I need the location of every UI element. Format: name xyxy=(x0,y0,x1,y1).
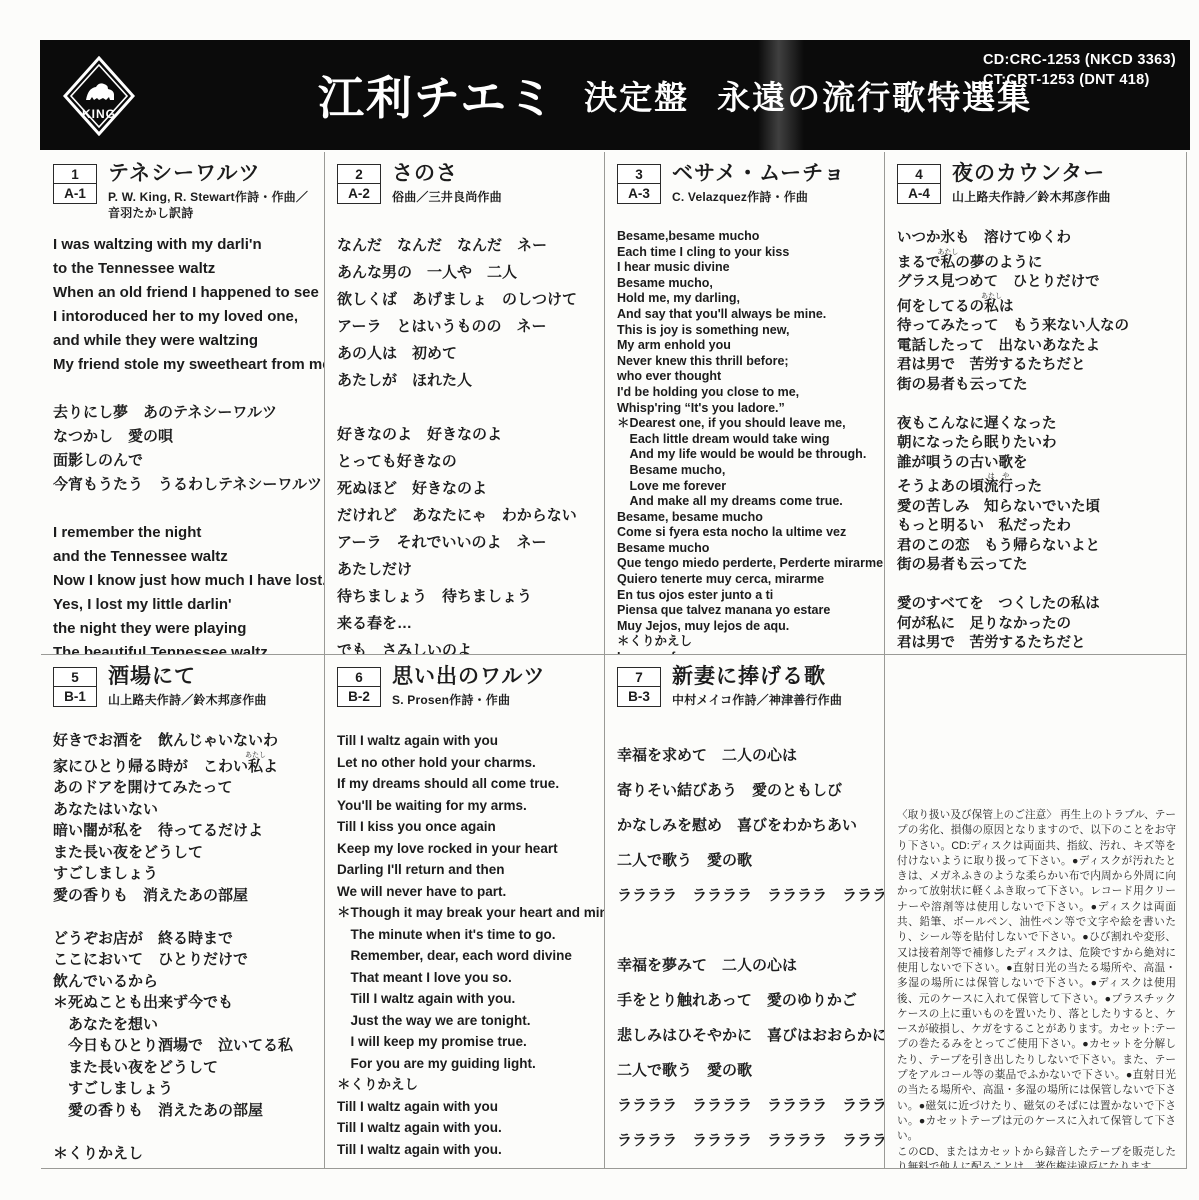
lyric-line xyxy=(53,906,318,928)
track-header: 2 A-2 さのさ 俗曲／三井良尚作曲 xyxy=(337,162,598,205)
lyric-line: ＊Dearest one, if you should leave me, xyxy=(617,416,878,432)
lyric-line: 何をしてるの私あたしは xyxy=(897,293,1180,318)
track-index-boxes: 1 A-1 xyxy=(53,164,97,204)
lyric-line: ここにおいて ひとりだけで xyxy=(53,949,318,971)
track-side-badge: A-2 xyxy=(337,183,381,204)
lyric-line: 欲しくば あげましょ のしつけて xyxy=(337,286,598,313)
lyric-line xyxy=(53,497,318,521)
lyric-line: あなたを想い xyxy=(53,1014,318,1036)
track-index-boxes: 6 B-2 xyxy=(337,667,381,707)
lyric-line: 君は男で 苦労するたちだと xyxy=(897,634,1180,654)
lyric-line: 飲んでいるから xyxy=(53,971,318,993)
lyric-line: Quiero tenerte muy cerca, mirarme xyxy=(617,572,878,588)
lyric-line: Let no other hold your charms. xyxy=(337,752,598,774)
track-lyrics: なんだ なんだ なんだ ネーあんな男の 一人や 二人欲しくば あげましょ のしつ… xyxy=(337,232,598,655)
track-lyrics: Besame,besame muchoEach time I cling to … xyxy=(617,229,878,655)
track-side-badge: A-4 xyxy=(897,183,941,204)
track-cell-6: 6 B-2 思い出のワルツ S. Prosen作詩・作曲 Till I walt… xyxy=(325,655,605,1169)
lyric-line: 今宵もうたう うるわしテネシーワルツ xyxy=(53,473,318,497)
track-credit: 中村メイコ作詩／神津善行作曲 xyxy=(672,692,842,708)
track-credit: P. W. King, R. Stewart作詩・作曲／音羽たかし訳詩 xyxy=(108,189,318,221)
lyric-line: Just the way we are tonight. xyxy=(337,1010,598,1032)
album-title: 江利チエミ 決定盤 永遠の流行歌特選集 xyxy=(318,40,1032,150)
lyric-line: でも さみしいのよ xyxy=(337,637,598,655)
lyric-line: and the Tennessee waltz xyxy=(53,545,318,569)
lyric-line: Hold me, my darling, xyxy=(617,291,878,307)
lyric-line: En tus ojos ester junto a ti xyxy=(617,588,878,604)
lyric-line: 来る春を… xyxy=(337,610,598,637)
lyric-line: Now I know just how much I have lost. xyxy=(53,569,318,593)
track-title: テネシーワルツ xyxy=(108,162,318,186)
lyric-line: 死ぬほど 好きなのよ xyxy=(337,475,598,502)
lyric-line: Que tengo miedo perderte, Perderte mirar… xyxy=(617,556,878,572)
lyric-line xyxy=(897,395,1180,415)
track-header: 7 B-3 新妻に捧げる歌 中村メイコ作詩／神津善行作曲 xyxy=(617,665,878,708)
lyric-line: Love me forever xyxy=(617,479,878,495)
lyric-line: My arm enhold you xyxy=(617,338,878,354)
lyric-line: グラス見つめて ひとりだけで xyxy=(897,273,1180,293)
lyric-line: 愛の香りも 消えたあの部屋 xyxy=(53,885,318,907)
lyric-line: The minute when it's time to go. xyxy=(337,924,598,946)
track-cell-3: 3 A-3 ベサメ・ムーチョ C. Velazquez作詩・作曲 Besame,… xyxy=(605,152,885,655)
lyric-line: もっと明るい 私だったわ xyxy=(897,517,1180,537)
lyric-line: とっても好きなの xyxy=(337,448,598,475)
track-credit: 山上路夫作詩／鈴木邦彦作曲 xyxy=(952,189,1111,205)
track-title: 新妻に捧げる歌 xyxy=(672,665,842,689)
track-side-badge: A-3 xyxy=(617,183,661,204)
lyric-line: すごしましょう xyxy=(53,1078,318,1100)
lyric-line: I intoroduced her to my loved one, xyxy=(53,305,318,329)
track-header: 6 B-2 思い出のワルツ S. Prosen作詩・作曲 xyxy=(337,665,598,708)
artist-name: 江利チエミ xyxy=(318,62,556,128)
lyric-line: アーラ とはいうものの ネー xyxy=(337,313,598,340)
lyric-line: すごしましょう xyxy=(53,863,318,885)
lyric-line: 好きでお酒を 飲んじゃいないわ xyxy=(53,730,318,752)
lyric-line: Till I waltz again with you xyxy=(337,1096,598,1118)
lyric-line: 今日もひとり酒場で 泣いてる私 xyxy=(53,1035,318,1057)
lyric-line: 何が私に 足りなかったの xyxy=(897,615,1180,635)
track-title: 思い出のワルツ xyxy=(392,665,545,689)
track-number-badge: 1 xyxy=(53,164,97,185)
lyric-line: This is joy is something new, xyxy=(617,323,878,339)
track-credit: 山上路夫作詩／鈴木邦彦作曲 xyxy=(108,692,267,708)
track-number-badge: 7 xyxy=(617,667,661,688)
track-lyrics: いつか氷も 溶けてゆくわまるで私あたしの夢のようにグラス見つめて ひとりだけで何… xyxy=(897,229,1180,655)
lyric-line: The beautiful Tennessee waltz. xyxy=(53,641,318,655)
lyric-line: 家にひとり帰る時が こわい私あたしよ xyxy=(53,752,318,778)
catalog-ct-number: CT:CRT-1253 (DNT 418) xyxy=(983,70,1176,90)
track-cell-2: 2 A-2 さのさ 俗曲／三井良尚作曲 なんだ なんだ なんだ ネーあんな男の … xyxy=(325,152,605,655)
lyric-line: Remember, dear, each word divine xyxy=(337,945,598,967)
track-index-boxes: 7 B-3 xyxy=(617,667,661,707)
lyric-line: ＊くりかえし xyxy=(617,634,878,650)
catalog-cd-number: CD:CRC-1253 (NKCD 3363) xyxy=(983,50,1176,70)
lyric-line: 街の易者も云ってた xyxy=(897,556,1180,576)
lyric-line: いつか氷も 溶けてゆくわ xyxy=(897,229,1180,249)
lyric-line: 幸福を求めて 二人の心は xyxy=(617,738,878,773)
lyric-line: That meant I love you so. xyxy=(337,967,598,989)
lyric-line: なんだ なんだ なんだ ネー xyxy=(337,232,598,259)
lyric-line xyxy=(337,394,598,421)
lyric-line: 好きなのよ 好きなのよ xyxy=(337,421,598,448)
lyric-line: Each little dream would take wing xyxy=(617,432,878,448)
lyric-line: 君のこの恋 もう帰らないよと xyxy=(897,537,1180,557)
liner-notes-scan: KING 江利チエミ 決定盤 永遠の流行歌特選集 CD:CRC-1253 (NK… xyxy=(0,0,1199,1200)
track-credit: C. Velazquez作詩・作曲 xyxy=(672,189,845,205)
track-header: 3 A-3 ベサメ・ムーチョ C. Velazquez作詩・作曲 xyxy=(617,162,878,205)
lyric-line: I hear music divine xyxy=(617,260,878,276)
lyric-line: あのドアを開けてみたって xyxy=(53,777,318,799)
lyric-line: Till I waltz again with you. xyxy=(337,1117,598,1139)
lyric-line: そうよあの頃流行はやった xyxy=(897,473,1180,498)
track-header: 4 A-4 夜のカウンター 山上路夫作詩／鈴木邦彦作曲 xyxy=(897,162,1180,205)
lyric-line: And say that you'll always be mine. xyxy=(617,307,878,323)
king-records-logo-icon: KING xyxy=(62,56,136,141)
lyric-line: Till I waltz again with you. xyxy=(337,1139,598,1161)
lyric-line: Keep my love rocked in your heart xyxy=(337,838,598,860)
lyric-line: どうぞお店が 終る時まで xyxy=(53,928,318,950)
lyric-line: 去りにし夢 あのテネシーワルツ xyxy=(53,401,318,425)
lyric-line: 誰が唄うの古い歌を xyxy=(897,454,1180,474)
lyric-line: I was waltzing with my darli'n xyxy=(53,233,318,257)
lyric-line: Besame mucho xyxy=(617,541,878,557)
lyric-line xyxy=(53,1121,318,1143)
track-title: 酒場にて xyxy=(108,665,267,689)
lyric-line: あなたはいない xyxy=(53,799,318,821)
track-side-badge: B-1 xyxy=(53,686,97,707)
lyric-line: Each time I cling to your kiss xyxy=(617,245,878,261)
lyric-line: 暗い闇が私を 待ってるだけよ xyxy=(53,820,318,842)
lyric-line: かなしみを慰め 喜びをわかちあい xyxy=(617,808,878,843)
track-cell-7: 7 B-3 新妻に捧げる歌 中村メイコ作詩／神津善行作曲 幸福を求めて 二人の心… xyxy=(605,655,885,1169)
lyric-line: Besame mucho, xyxy=(617,463,878,479)
lyric-line: Piensa que talvez manana yo estare xyxy=(617,603,878,619)
album-edition-label: 決定盤 xyxy=(584,72,689,119)
lyric-line: あの人は 初めて xyxy=(337,340,598,367)
lyric-line: Till I kiss you once again xyxy=(337,816,598,838)
lyric-line: And make all my dreams come true. xyxy=(617,494,878,510)
track-lyrics: 好きでお酒を 飲んじゃいないわ家にひとり帰る時が こわい私あたしよあのドアを開け… xyxy=(53,730,318,1164)
lyric-line: We will never have to part. xyxy=(337,881,598,903)
lyric-line: I will keep my promise true. xyxy=(337,1031,598,1053)
track-title: 夜のカウンター xyxy=(952,162,1111,186)
lyric-line: 二人で歌う 愛の歌 xyxy=(617,843,878,878)
lyric-line: ララララ ララララ ララララ ララララ xyxy=(617,1123,878,1158)
track-side-badge: B-2 xyxy=(337,686,381,707)
track-title: さのさ xyxy=(392,162,502,186)
lyric-line: Yes, I lost my little darlin' xyxy=(53,593,318,617)
lyric-line: I'd be holding you close to me, xyxy=(617,385,878,401)
lyric-line: あたしが ほれた人 xyxy=(337,367,598,394)
lyric-line: And my life would be would be through. xyxy=(617,447,878,463)
track-number-badge: 4 xyxy=(897,164,941,185)
lyric-line: Besame mucho, xyxy=(617,276,878,292)
lyric-line: また長い夜をどうして xyxy=(53,1057,318,1079)
lyric-line: ＊くりかえし xyxy=(53,1143,318,1165)
lyric-line: ララララ ララララ ララララ ララララ xyxy=(617,1088,878,1123)
lyric-line: Darling I'll return and then xyxy=(337,859,598,881)
lyric-line: Besame, besame mucho xyxy=(617,510,878,526)
track-number-badge: 2 xyxy=(337,164,381,185)
track-header: 1 A-1 テネシーワルツ P. W. King, R. Stewart作詩・作… xyxy=(53,162,318,221)
track-index-boxes: 3 A-3 xyxy=(617,164,661,204)
lyric-line: ＊Though it may break your heart and mine xyxy=(337,902,598,924)
lyric-line: ＊死ぬことも出来ず今でも xyxy=(53,992,318,1014)
lyric-line: Till I waltz again with you. xyxy=(337,988,598,1010)
lyric-line: 幸福を夢みて 二人の心は xyxy=(617,948,878,983)
track-index-boxes: 5 B-1 xyxy=(53,667,97,707)
lyric-line: Whisp'ring “It's you ladore.” xyxy=(617,401,878,417)
copyright-warning: このCD、またはカセットから録音したテープを販売したり無料で他人に配ることは、著… xyxy=(897,1145,1176,1169)
lyric-line: なつかし 愛の唄 xyxy=(53,425,318,449)
lyric-line: 愛の苦しみ 知らないでいた頃 xyxy=(897,498,1180,518)
lyric-line: 待ってみたって もう来ない人なの xyxy=(897,317,1180,337)
lyric-line: 手をとり触れあって 愛のゆりかご xyxy=(617,983,878,1018)
lyric-line: あんな男の 一人や 二人 xyxy=(337,259,598,286)
lyric-line: If my dreams should all come true. xyxy=(337,773,598,795)
track-cell-1: 1 A-1 テネシーワルツ P. W. King, R. Stewart作詩・作… xyxy=(41,152,325,655)
lyric-line: 君は男で 苦労するたちだと xyxy=(897,356,1180,376)
lyric-line: 街の易者も云ってた xyxy=(897,376,1180,396)
lyric-line: 朝になったら眠りたいわ xyxy=(897,434,1180,454)
lyric-line: アーラ それでいいのよ ネー xyxy=(337,529,598,556)
lyric-line: まるで私あたしの夢のように xyxy=(897,249,1180,274)
lyric-line: また長い夜をどうして xyxy=(53,842,318,864)
track-cell-5: 5 B-1 酒場にて 山上路夫作詩／鈴木邦彦作曲 好きでお酒を 飲んじゃいないわ… xyxy=(41,655,325,1169)
lyric-line: Come si fyera esta nocho la ultime vez xyxy=(617,525,878,541)
handling-storage-notice: 〈取り扱い及び保管上のご注意〉 再生上のトラブル、テープの劣化、損傷の原因となり… xyxy=(897,808,1176,1169)
track-header: 5 B-1 酒場にて 山上路夫作詩／鈴木邦彦作曲 xyxy=(53,665,318,708)
lyric-line: 寄りそい結びあう 愛のともしび xyxy=(617,773,878,808)
lyric-line: 電話したって 出ないあなたよ xyxy=(897,337,1180,357)
lyric-line: ＊くりかえし xyxy=(337,1074,598,1096)
lyric-line: 愛のすべてを つくしたの私は xyxy=(897,595,1180,615)
care-notice-cell: 〈取り扱い及び保管上のご注意〉 再生上のトラブル、テープの劣化、損傷の原因となり… xyxy=(885,655,1187,1169)
lyric-line: Till I waltz again with you xyxy=(337,730,598,752)
lyric-line: to the Tennessee waltz xyxy=(53,257,318,281)
lyric-line: When an old friend I happened to see xyxy=(53,281,318,305)
lyric-line: Never knew this thrill before; xyxy=(617,354,878,370)
track-credit: 俗曲／三井良尚作曲 xyxy=(392,189,502,205)
lyric-line: あたしだけ xyxy=(337,556,598,583)
track-credit: S. Prosen作詩・作曲 xyxy=(392,692,545,708)
lyric-line: For you are my guiding light. xyxy=(337,1053,598,1075)
lyric-line xyxy=(897,576,1180,596)
lyric-line: who ever thought xyxy=(617,369,878,385)
lyrics-grid: 1 A-1 テネシーワルツ P. W. King, R. Stewart作詩・作… xyxy=(41,152,1187,1169)
lyric-line: You'll be waiting for my arms. xyxy=(337,795,598,817)
lyric-line: ララララ ララララ ララララ ララララ xyxy=(617,878,878,913)
lyric-line: Muy Jejos, muy lejos de aqu. xyxy=(617,619,878,635)
lyric-line xyxy=(617,913,878,948)
track-lyrics: Till I waltz again with youLet no other … xyxy=(337,730,598,1160)
lyric-line: だけれど あなたにゃ わからない xyxy=(337,502,598,529)
lyric-line: My friend stole my sweetheart from me xyxy=(53,353,318,377)
notice-body: 〈取り扱い及び保管上のご注意〉 再生上のトラブル、テープの劣化、損傷の原因となり… xyxy=(897,808,1176,1145)
lyric-line: 悲しみはひそやかに 喜びはおおらかに xyxy=(617,1018,878,1053)
lyric-line: 二人で歌う 愛の歌 xyxy=(617,1053,878,1088)
lyric-line: I remember the night xyxy=(53,521,318,545)
lyric-line xyxy=(53,377,318,401)
track-index-boxes: 4 A-4 xyxy=(897,164,941,204)
track-number-badge: 3 xyxy=(617,164,661,185)
track-cell-4: 4 A-4 夜のカウンター 山上路夫作詩／鈴木邦彦作曲 いつか氷も 溶けてゆくわ… xyxy=(885,152,1187,655)
album-header-bar: KING 江利チエミ 決定盤 永遠の流行歌特選集 CD:CRC-1253 (NK… xyxy=(40,40,1190,150)
track-number-badge: 5 xyxy=(53,667,97,688)
svg-text:KING: KING xyxy=(82,107,116,121)
track-lyrics: 幸福を求めて 二人の心は寄りそい結びあう 愛のともしびかなしみを慰め 喜びをわか… xyxy=(617,738,878,1158)
lyric-line: 待ちましょう 待ちましょう xyxy=(337,583,598,610)
track-side-badge: A-1 xyxy=(53,183,97,204)
track-title: ベサメ・ムーチョ xyxy=(672,162,845,186)
lyric-line: 面影しのんで xyxy=(53,449,318,473)
track-lyrics: I was waltzing with my darli'nto the Ten… xyxy=(53,233,318,655)
lyric-line: 夜もこんなに遅くなった xyxy=(897,415,1180,435)
lyric-line: Besame,besame mucho xyxy=(617,229,878,245)
track-number-badge: 6 xyxy=(337,667,381,688)
track-side-badge: B-3 xyxy=(617,686,661,707)
track-index-boxes: 2 A-2 xyxy=(337,164,381,204)
lyric-line: 愛の香りも 消えたあの部屋 xyxy=(53,1100,318,1122)
catalog-numbers: CD:CRC-1253 (NKCD 3363) CT:CRT-1253 (DNT… xyxy=(983,50,1176,90)
lyric-line: the night they were playing xyxy=(53,617,318,641)
lyric-line: and while they were waltzing xyxy=(53,329,318,353)
